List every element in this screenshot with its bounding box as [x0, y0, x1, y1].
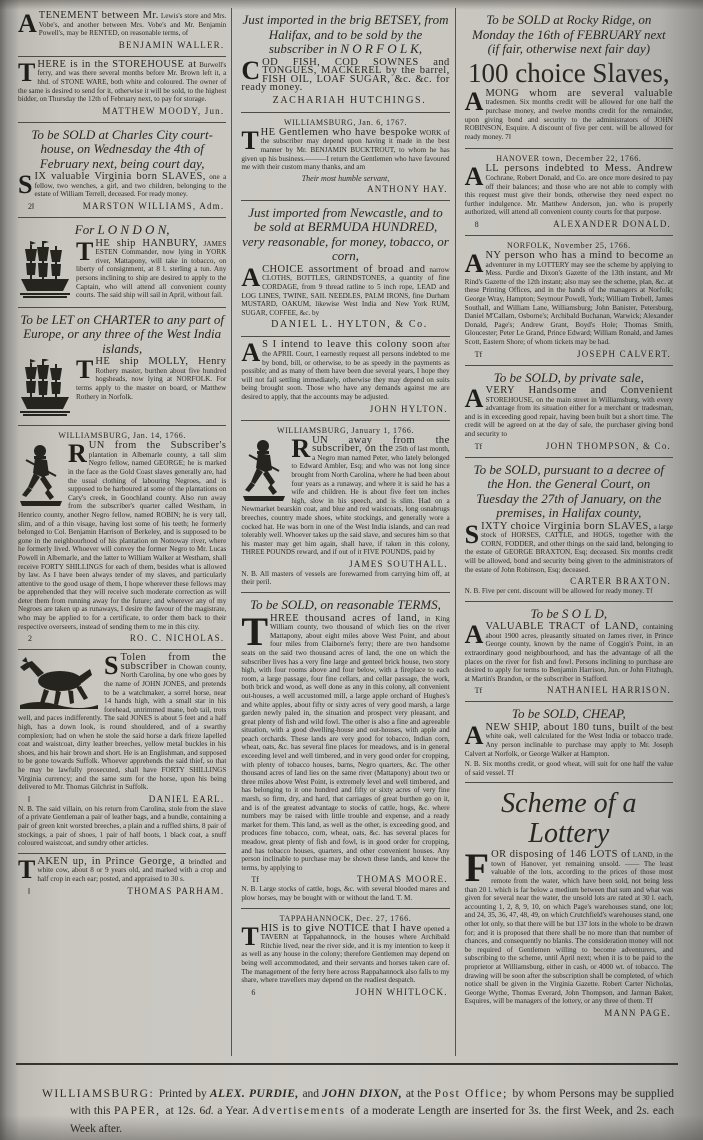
column-container: ATENEMENT between Mr. Lewis's store and … [16, 8, 678, 1056]
drop-cap: A [465, 387, 486, 409]
drop-cap: F [465, 851, 491, 884]
ad-heading: To be SOLD, pursuant to a decree of the … [465, 463, 673, 521]
ad-paragraph: SIXTY choice Virginia born SLAVES, a lar… [465, 523, 673, 575]
ad-body-text: a large stock of HORSES, CATTLE, and HOG… [465, 523, 673, 574]
ad-heading: To be SOLD at Rocky Ridge, on Monday the… [465, 13, 673, 57]
imprint-segment: and [302, 1088, 322, 1100]
ad-signature: TfNATHANIEL HARRISON. [475, 685, 671, 695]
ad-nota-bene: N. B. Six months credit, or good wheat, … [465, 760, 673, 777]
imprint-segment: at the [406, 1088, 435, 1100]
imprint-segment: PAPER, [114, 1105, 166, 1117]
drop-cap: T [241, 925, 260, 947]
ad-nota-bene: N. B. Large stocks of cattle, hogs, &c. … [241, 885, 449, 902]
ad-body-text: N. B. Large stocks of cattle, hogs, &c. … [241, 885, 449, 902]
advertisement: Scheme of a LotteryFOR disposing of 146 … [465, 782, 673, 1023]
signature-name: DANIEL EARL. [149, 794, 225, 804]
ad-body-text: containing about 1900 acres, pleasantly … [465, 623, 673, 683]
ad-heading: To be SOLD at Charles City court-house, … [18, 128, 226, 172]
imprint-segment: Post Office; [435, 1088, 513, 1100]
ad-dateline: WILLIAMSBURG, January 1, 1766. [241, 426, 449, 435]
ad-body-text: narrow CLOTHS, BOTTLES, GRINDSTONES, a q… [241, 266, 449, 317]
printer-imprint: WILLIAMSBURG: Printed by ALEX. PURDIE, a… [42, 1086, 674, 1139]
ad-reference-mark: Tf [475, 442, 483, 451]
ad-paragraph: THERE is in the STOREHOUSE at Burwell's … [18, 61, 226, 104]
ad-lead-line: HE ship HANBURY, [95, 238, 198, 249]
ad-paragraph: AS I intend to leave this colony soon af… [241, 341, 449, 401]
signature-name: ANTHONY HAY. [367, 184, 448, 194]
advertisement: To be SOLD, CHEAP,ANEW SHIP, about 180 t… [465, 701, 673, 782]
ad-lead-line: NY person who has a mind to become [485, 250, 663, 261]
signature-name: DANIEL L. HYLTON, & Co. [271, 319, 428, 330]
ad-signature: ‖DANIEL EARL. [28, 794, 224, 804]
drop-cap: T [241, 615, 270, 648]
ad-heading: To be SOLD, CHEAP, [465, 707, 673, 722]
signature-name: JOHN HYLTON. [370, 404, 448, 414]
ad-lead-line: LL persons indebted to Mess. Andrew [485, 163, 673, 174]
ad-signature: MANN PAGE. [475, 1008, 671, 1018]
ad-reference-mark: Tf [475, 350, 483, 359]
ad-paragraph: ANEW SHIP, about 180 tuns, built of the … [465, 724, 673, 758]
ad-paragraph: THE ship MOLLY, Henry Rothery master, bu… [18, 358, 226, 418]
drop-cap: S [465, 523, 481, 545]
ad-reference-mark: 2‖ [28, 202, 34, 211]
ad-dateline: WILLIAMSBURG, Jan. 14, 1766. [18, 431, 226, 440]
advertisement: THERE is in the STOREHOUSE at Burwell's … [18, 56, 226, 122]
advertisement: WILLIAMSBURG, Jan. 14, 1766.RUN from the… [18, 425, 226, 649]
ad-signature: JOHN HYLTON. [251, 404, 447, 414]
ad-paragraph: AVALUABLE TRACT of LAND, containing abou… [465, 623, 673, 683]
ad-lead-line: HREE thousand acres of land, [270, 613, 420, 624]
drop-cap: T [241, 129, 260, 151]
ad-lead-line: TENEMENT between Mr. [39, 10, 159, 21]
ad-signature: CARTER BRAXTON. [475, 576, 671, 586]
ad-lead-line: HIS is to give NOTICE that I have [261, 923, 422, 934]
drop-cap: T [76, 358, 95, 380]
ad-reference-mark: Tf [475, 686, 483, 695]
advertisement: To be SOLD, on reasonable TERMS,THREE th… [241, 592, 449, 908]
signature-name: ZACHARIAH HUTCHINGS. [273, 95, 427, 106]
ad-paragraph: TAKEN up, in Prince George, a brindled a… [18, 858, 226, 884]
imprint-segment: 6 [196, 1105, 205, 1117]
imprint-segment: the first Week, and 2 [541, 1105, 642, 1117]
ad-reference-mark: 2 [28, 634, 32, 643]
ad-reference-mark: ‖ [28, 795, 30, 804]
drop-cap: T [18, 858, 37, 880]
ad-signature: 8ALEXANDER DONALD. [475, 219, 671, 229]
ship-woodcut-icon [18, 359, 72, 417]
newspaper-page: ATENEMENT between Mr. Lewis's store and … [0, 0, 703, 1140]
ad-signature: ZACHARIAH HUTCHINGS. [251, 95, 447, 106]
ad-lead-line: IX valuable Virginia born SLAVES, [34, 171, 205, 182]
imprint-segment: d. [205, 1105, 214, 1117]
imprint-segment: Advertisements [252, 1105, 350, 1117]
ad-signature: ‖THOMAS PARHAM. [28, 886, 224, 896]
ad-nota-bene: N. B. All masters of vessels are forewar… [241, 570, 449, 587]
imprint-segment: s. [189, 1105, 196, 1117]
ad-dateline: WILLIAMSBURG, Jan. 6, 1767. [241, 118, 449, 127]
ad-lead-line: HE ship MOLLY, Henry [95, 356, 226, 367]
drop-cap: C [241, 59, 262, 81]
drop-cap: A [465, 252, 486, 274]
imprint-segment: JOHN DIXON, [322, 1088, 406, 1100]
imprint-segment: Printed by [159, 1088, 210, 1100]
ad-paragraph: THE Gentlemen who have bespoke WORK of t… [241, 129, 449, 172]
column-left: ATENEMENT between Mr. Lewis's store and … [16, 8, 231, 1056]
signature-name: JOHN WHITLOCK. [356, 987, 448, 997]
ad-paragraph: ATENEMENT between Mr. Lewis's store and … [18, 12, 226, 38]
ad-display-title: Scheme of a Lottery [465, 789, 673, 848]
ad-lead-line: CHOICE assortment of broad and [262, 264, 425, 275]
advertisement: TAKEN up, in Prince George, a brindled a… [18, 853, 226, 902]
signature-name: RO. C. NICHOLAS. [130, 633, 224, 643]
ad-lead-line: UN from the Subscriber's [89, 440, 227, 451]
ad-body-text: opened a TAVERN at Tappahannock, in the … [241, 925, 449, 985]
ad-dateline: TAPPAHANNOCK, Dec. 27, 1766. [241, 914, 449, 923]
ad-body-text: Rothery master, burthen about five hundr… [76, 367, 226, 401]
ad-paragraph: COD FISH, COD SOWNES and TONGUES, MACKER… [241, 59, 449, 93]
ad-signature: TfJOSEPH CALVERT. [475, 349, 671, 359]
advertisement: To be LET on CHARTER to any part of Euro… [18, 307, 226, 426]
advertisement: HANOVER town, December 22, 1766.ALL pers… [465, 148, 673, 235]
signature-name: THOMAS PARHAM. [127, 886, 224, 896]
ad-body-text: in King William county, two thousand of … [241, 615, 449, 872]
advertisement: To be SOLD, by private sale,AVERY Handso… [465, 365, 673, 457]
imprint-segment: ALEX. PURDIE, [210, 1088, 303, 1100]
drop-cap: S [18, 173, 34, 195]
ad-body-text: tradesmen. Six months credit will be all… [465, 98, 673, 140]
runner-woodcut-icon [241, 438, 287, 504]
ad-nota-bene: N. B. The said villain, on his return fr… [18, 805, 226, 848]
ad-body-text: N. B. The said villain, on his return fr… [18, 805, 226, 847]
advertisement: Just imported in the brig BETSEY, from H… [241, 8, 449, 112]
ad-body-text: N. B. Five per cent. discount will be al… [465, 587, 653, 595]
ad-lead-line: HE Gentlemen who have bespoke [261, 127, 418, 138]
ad-signature: 2‖MARSTON WILLIAMS, Adm. [28, 201, 224, 211]
drop-cap: A [465, 165, 486, 187]
drop-cap: A [465, 724, 486, 746]
advertisement: ATENEMENT between Mr. Lewis's store and … [18, 8, 226, 56]
ad-body-text: JAMES ESTEN Commander, now lying in YORK… [76, 240, 226, 300]
signature-name: THOMAS MOORE. [357, 874, 448, 884]
ad-body-text: N. B. Six months credit, or good wheat, … [465, 760, 673, 777]
ad-body-text: LAND, in the town of Hanover, yet remain… [465, 851, 673, 1005]
signature-name: NATHANIEL HARRISON. [547, 685, 671, 695]
signature-name: JOSEPH CALVERT. [577, 349, 671, 359]
ad-signature: 6JOHN WHITLOCK. [251, 987, 447, 997]
ad-signature: JAMES SOUTHALL. [251, 559, 447, 569]
imprint-segment: at 12 [165, 1105, 188, 1117]
ad-nota-bene: N. B. Five per cent. discount will be al… [465, 587, 673, 596]
ad-signature: BENJAMIN WALLER. [28, 40, 224, 50]
ad-heading: To be S O L D, [465, 607, 673, 622]
signature-name: MARSTON WILLIAMS, Adm. [83, 201, 225, 211]
ad-lead-line: HERE is in the STOREHOUSE at [37, 59, 196, 70]
ad-heading: To be SOLD, on reasonable TERMS, [241, 598, 449, 613]
horse-woodcut-icon [18, 655, 100, 711]
drop-cap: A [241, 341, 262, 363]
ad-signature: 2RO. C. NICHOLAS. [28, 633, 224, 643]
advertisement: TAPPAHANNOCK, Dec. 27, 1766.THIS is to g… [241, 908, 449, 1003]
ad-paragraph: RUN from the Subscriber's plantation in … [18, 442, 226, 631]
ad-lead-line: VERY Handsome and Convenient [485, 385, 673, 396]
runner-woodcut-icon [18, 443, 64, 509]
column-middle: Just imported in the brig BETSEY, from H… [231, 8, 454, 1056]
ad-paragraph: SIX valuable Virginia born SLAVES, one a… [18, 173, 226, 199]
ad-lead-line: S I intend to leave this colony soon [262, 339, 433, 350]
advertisement: NORFOLK, November 25, 1766.ANY person wh… [465, 235, 673, 365]
advertisement: WILLIAMSBURG, January 1, 1766.RUN away f… [241, 420, 449, 593]
drop-cap: A [465, 90, 486, 112]
drop-cap: A [241, 266, 262, 288]
ad-signature: TfJOHN THOMPSON, & Co. [475, 441, 671, 451]
signature-name: ALEXANDER DONALD. [553, 219, 671, 229]
ad-lead-line: MONG whom are several valuable [485, 88, 673, 99]
imprint-segment: a Year. [214, 1105, 252, 1117]
ad-paragraph: THE ship HANBURY, JAMES ESTEN Commander,… [18, 240, 226, 300]
advertisement: AS I intend to leave this colony soon af… [241, 336, 449, 419]
drop-cap: T [76, 240, 95, 262]
ad-heading: To be LET on CHARTER to any part of Euro… [18, 313, 226, 357]
ad-lead-line: OR disposing of 146 LOTS of [491, 849, 631, 860]
ad-signature: DANIEL L. HYLTON, & Co. [251, 319, 447, 330]
ad-signature: MATTHEW MOODY, Jun. [28, 106, 224, 116]
ad-display-title: 100 choice Slaves, [465, 59, 673, 87]
ad-reference-mark: 6 [251, 988, 255, 997]
signature-name: JOHN THOMPSON, & Co. [546, 441, 671, 451]
drop-cap: R [68, 442, 89, 464]
ad-reference-mark: ‖ [28, 887, 30, 896]
ad-paragraph: RUN away from the subscriber, on the 25t… [241, 437, 449, 557]
ad-body-text: Cochrane, Robert Donald, and Co. are onc… [465, 174, 673, 216]
drop-cap: A [465, 623, 486, 645]
imprint-divider-rule [16, 1063, 678, 1065]
ad-heading: For L O N D O N, [18, 223, 226, 238]
ad-paragraph: ANY person who has a mind to become an a… [465, 252, 673, 347]
ship-woodcut-icon [18, 241, 72, 299]
ad-valediction: Their most humble servant, [241, 174, 449, 183]
advertisement: WILLIAMSBURG, Jan. 6, 1767.THE Gentlemen… [241, 112, 449, 200]
signature-name: MANN PAGE. [604, 1008, 671, 1018]
ad-lead-line: OD FISH, COD SOWNES and TONGUES, MACKERE… [241, 57, 449, 94]
ad-paragraph: AMONG whom are several valuable tradesme… [465, 90, 673, 142]
column-right: To be SOLD at Rocky Ridge, on Monday the… [455, 8, 678, 1056]
ad-lead-line: VALUABLE TRACT of LAND, [485, 621, 638, 632]
advertisement: Just imported from Newcastle, and to be … [241, 200, 449, 337]
ad-paragraph: ACHOICE assortment of broad and narrow C… [241, 266, 449, 318]
ad-paragraph: FOR disposing of 146 LOTS of LAND, in th… [465, 851, 673, 1006]
ad-heading: Just imported from Newcastle, and to be … [241, 206, 449, 264]
advertisement: STolen from the subscriber in Chowan cou… [18, 649, 226, 852]
ad-signature: TfTHOMAS MOORE. [251, 874, 447, 884]
ad-body-text: an adventurer in my LOTTERY may see the … [465, 252, 673, 346]
ad-reference-mark: Tf [251, 875, 259, 884]
ad-paragraph: ALL persons indebted to Mess. Andrew Coc… [465, 165, 673, 217]
signature-name: CARTER BRAXTON. [570, 576, 671, 586]
drop-cap: R [291, 437, 312, 459]
ad-reference-mark: 8 [475, 220, 479, 229]
ad-signature: ANTHONY HAY. [251, 184, 447, 194]
advertisement: To be SOLD at Rocky Ridge, on Monday the… [465, 8, 673, 148]
ad-body-text: N. B. All masters of vessels are forewar… [241, 570, 449, 587]
advertisement: For L O N D O N,THE ship HANBURY, JAMES … [18, 217, 226, 307]
ad-paragraph: STolen from the subscriber in Chowan cou… [18, 654, 226, 792]
ad-body-text: STOREHOUSE, on the main street in Willia… [465, 396, 673, 438]
drop-cap: T [18, 61, 37, 83]
signature-name: BENJAMIN WALLER. [119, 40, 225, 50]
signature-name: MATTHEW MOODY, Jun. [102, 106, 224, 116]
advertisement: To be S O L D,AVALUABLE TRACT of LAND, c… [465, 601, 673, 702]
ad-heading: Just imported in the brig BETSEY, from H… [241, 13, 449, 57]
ad-body-text: after the APRIL Court, I earnestly reque… [241, 341, 449, 401]
ad-paragraph: THIS is to give NOTICE that I have opene… [241, 925, 449, 985]
ad-dateline: NORFOLK, November 25, 1766. [465, 241, 673, 250]
ad-heading: To be SOLD, by private sale, [465, 371, 673, 386]
imprint-segment: WILLIAMSBURG: [42, 1088, 159, 1100]
ad-lead-line: IXTY choice Virginia born SLAVES, [481, 521, 652, 532]
advertisement: To be SOLD at Charles City court-house, … [18, 122, 226, 217]
drop-cap: A [18, 12, 39, 34]
ad-lead-line: NEW SHIP, about 180 tuns, built [485, 722, 639, 733]
imprint-segment: of a moderate Length are inserted for 3 [350, 1105, 534, 1117]
signature-name: JAMES SOUTHALL. [349, 559, 448, 569]
drop-cap: S [104, 654, 120, 676]
advertisement: To be SOLD, pursuant to a decree of the … [465, 457, 673, 601]
ad-paragraph: AVERY Handsome and Convenient STOREHOUSE… [465, 387, 673, 439]
ad-paragraph: THREE thousand acres of land, in King Wi… [241, 615, 449, 873]
ad-lead-line: AKEN up, in Prince George, a [37, 856, 185, 867]
